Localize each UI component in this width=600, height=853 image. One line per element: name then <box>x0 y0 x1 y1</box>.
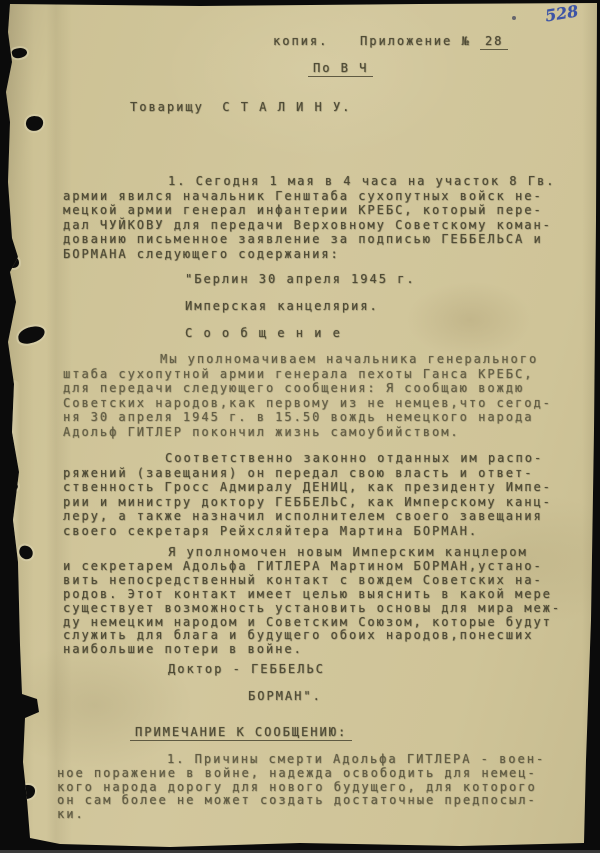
paper-sheet: копия. Приложение № 28 По В Ч Товарищу С… <box>0 0 600 853</box>
punch-hole <box>17 325 46 345</box>
attachment-label: Приложение № 28 <box>360 34 508 49</box>
punch-hole <box>25 115 44 132</box>
punch-hole <box>7 482 18 491</box>
paragraph-2: Мы уполномачиваем начальника генеральног… <box>63 352 552 439</box>
punch-hole <box>19 785 35 799</box>
note-heading-text: ПРИМЕЧАНИЕ К СООБЩЕНИЮ: <box>130 725 352 741</box>
copy-label: копия. <box>273 34 328 49</box>
handwritten-page-number: 528 <box>544 2 580 26</box>
addressee-line: Товарищу С Т А Л И Н У. <box>130 100 351 115</box>
paragraph-3: Соответственно законно отданных им распо… <box>63 451 552 538</box>
punch-hole <box>6 256 19 268</box>
attachment-number: 28 <box>480 34 508 50</box>
torn-edge <box>6 380 20 640</box>
signature-goebbels: Доктор - ГЕББЕЛЬС <box>168 662 325 677</box>
paragraph-4: Я уполномочен новым Имперским канцлером … <box>63 546 561 657</box>
vch-channel-text: По В Ч <box>308 61 373 77</box>
punch-hole <box>17 544 35 561</box>
document-scan: копия. Приложение № 28 По В Ч Товарищу С… <box>0 0 600 853</box>
signature-borman: БОРМАН". <box>248 689 322 704</box>
note-heading: ПРИМЕЧАНИЕ К СООБЩЕНИЮ: <box>130 725 352 740</box>
paragraph-1: 1. Сегодня 1 мая в 4 часа на участок 8 Г… <box>63 174 555 261</box>
vch-channel-label: По В Ч <box>308 61 373 76</box>
chancellery-line: Имперская канцелярия. <box>185 299 379 314</box>
message-heading: С о о б щ е н и е <box>185 326 342 341</box>
punch-hole <box>11 46 28 59</box>
attachment-label-text: Приложение № <box>360 34 471 48</box>
quote-date-line: "Берлин 30 апреля 1945 г. <box>185 272 416 287</box>
ink-dot <box>512 16 516 20</box>
note-paragraph: 1. Причины смерти Адольфа ГИТЛЕРА - воен… <box>57 753 545 822</box>
